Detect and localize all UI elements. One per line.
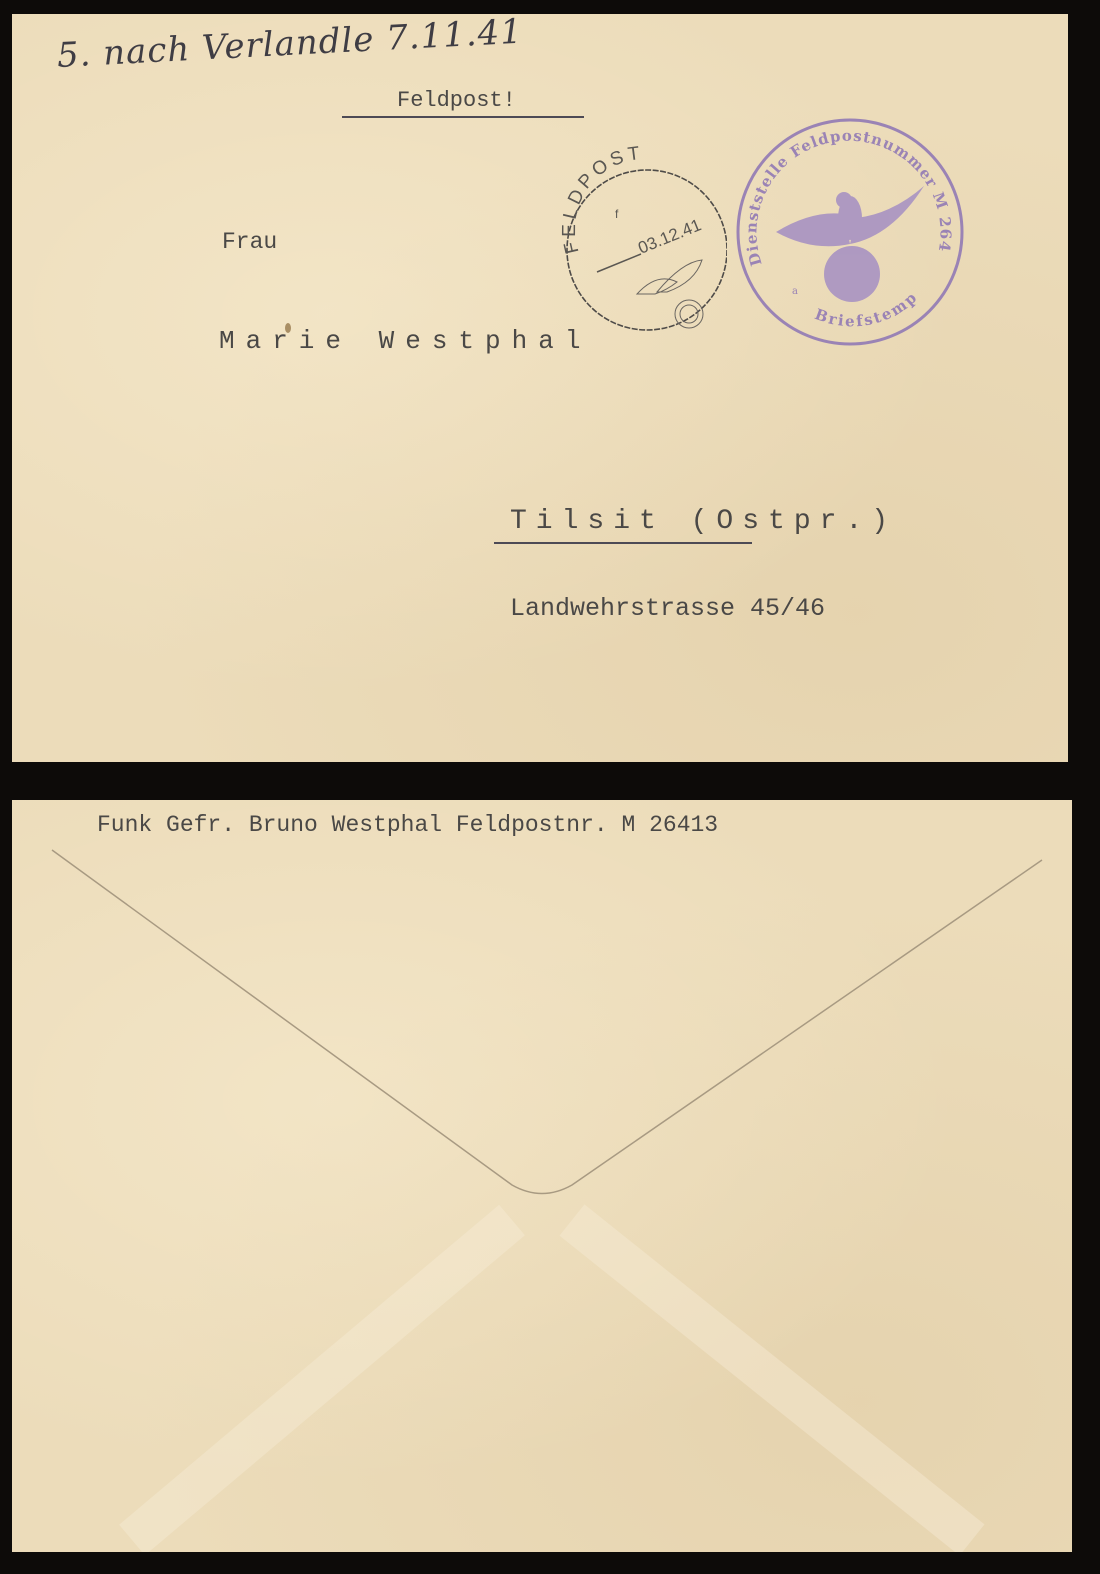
postmark-letter: f [615,207,619,221]
feldpost-postmark: FELDPOST f 03.12.41 [557,142,727,332]
handwritten-note: 5. nach Verlandle 7.11.41 [56,12,524,76]
recipient-city: Tilsit (Ostpr.) [510,506,897,537]
ink-stain [285,323,291,333]
postmark-arc-text: FELDPOST [559,143,645,256]
city-rest: stpr.) [742,506,897,537]
recipient-name: Marie Westphal [219,326,591,356]
eagle-emblem-icon [776,186,924,302]
city-underlined: Tilsit (O [510,506,742,537]
recipient-street: Landwehrstrasse 45/46 [510,594,825,623]
envelope-back: Funk Gefr. Bruno Westphal Feldpostnr. M … [12,800,1072,1552]
postmark-date: 03.12.41 [635,215,703,257]
recipient-salutation: Frau [222,229,277,255]
feldpost-heading: Feldpost! [397,88,516,113]
eagle-emblem-icon [637,260,703,328]
envelope-flap [12,800,1072,1552]
envelope-front: 5. nach Verlandle 7.11.41 Feldpost! Frau… [12,14,1068,762]
unit-stamp-mark: a [792,286,798,297]
city-underline [494,542,752,544]
heading-underline [342,116,584,118]
unit-stamp: Dienststelle Feldpostnummer M 26413 Brie… [732,114,968,350]
svg-text:FELDPOST: FELDPOST [559,143,645,256]
